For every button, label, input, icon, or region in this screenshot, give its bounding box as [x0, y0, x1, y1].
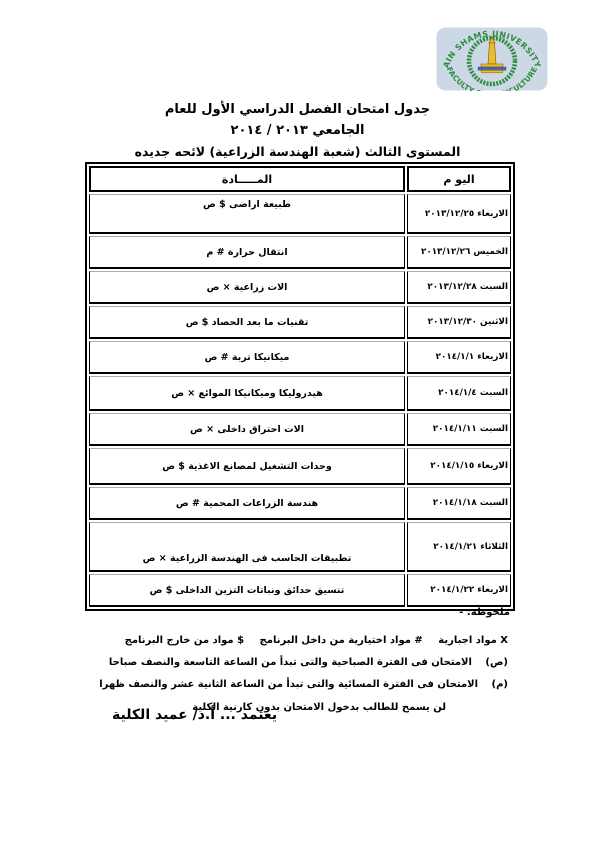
subject-column-header: المـــــادة — [89, 166, 405, 192]
subject-cell: ميكانيكا تربة # ص — [89, 341, 405, 374]
day-cell: الاربعاء ٢٠١٤/١/١٥ — [407, 448, 511, 485]
subject-cell: الات احتراق داخلى × ص — [89, 413, 405, 446]
day-cell: السبت ٢٠١٣/١٢/٢٨ — [407, 271, 511, 304]
morning-session-note: (ص) الامتحان فى الفترة الصباحية والتى تب… — [99, 652, 508, 674]
subject-cell: انتقال حرارة # م — [89, 236, 405, 269]
day-cell: السبت ٢٠١٤/١/١١ — [407, 413, 511, 446]
table-row: الثلاثاء ٢٠١٤/١/٢١ تطبيقات الحاسب فى اله… — [89, 522, 511, 572]
subject-cell: تطبيقات الحاسب فى الهندسة الزراعية × ص — [89, 522, 405, 572]
course-type-legend: X مواد اجبارية # مواد اختيارية من داخل ا… — [99, 630, 508, 652]
evening-marker: (م) — [492, 674, 508, 696]
table-row: الخميس ٢٠١٣/١٢/٢٦ انتقال حرارة # م — [89, 236, 511, 269]
table-row: السبت ٢٠١٤/١/١٨ هندسة الزراعات المحمية #… — [89, 487, 511, 520]
day-cell: الاثنين ٢٠١٣/١٢/٣٠ — [407, 306, 511, 339]
table-header-row: اليو م المـــــادة — [89, 166, 511, 192]
day-cell: السبت ٢٠١٤/١/١٨ — [407, 487, 511, 520]
subject-cell: وحدات التشغيل لمصانع الاغذية $ ص — [89, 448, 405, 485]
exam-table-body: الاربعاء ٢٠١٣/١٢/٢٥ طبيعة اراضى $ ص الخم… — [89, 194, 511, 607]
table-row: الاربعاء ٢٠١٤/١/١٥ وحدات التشغيل لمصانع … — [89, 448, 511, 485]
day-cell: الاربعاء ٢٠١٤/١/٢٢ — [407, 574, 511, 607]
subject-cell: تنسيق حدائق ونباتات التزين الداخلى $ ص — [89, 574, 405, 607]
document-page: AIN SHAMS UNIVERSITY FACULTY OF AGRICULT… — [0, 0, 595, 842]
title-line-3: المستوى الثالث (شعبة الهندسة الزراعية) ل… — [0, 141, 595, 162]
table-row: الاربعاء ٢٠١٤/١/٢٢ تنسيق حدائق ونباتات ا… — [89, 574, 511, 607]
day-cell: الخميس ٢٠١٣/١٢/٢٦ — [407, 236, 511, 269]
mandatory-courses-note: X مواد اجبارية — [438, 630, 508, 652]
morning-marker: (ص) — [485, 652, 508, 674]
morning-text: الامتحان فى الفترة الصباحية والتى تبدأ م… — [109, 657, 472, 668]
table-row: الاربعاء ٢٠١٤/١/١ ميكانيكا تربة # ص — [89, 341, 511, 374]
note-label: ملحوظة: - — [459, 607, 510, 618]
day-column-header: اليو م — [407, 166, 511, 192]
university-logo-image: AIN SHAMS UNIVERSITY FACULTY OF AGRICULT… — [436, 27, 548, 91]
table-row: السبت ٢٠١٤/١/١١ الات احتراق داخلى × ص — [89, 413, 511, 446]
subject-cell: الات زراعية × ص — [89, 271, 405, 304]
evening-session-note: (م) الامتحان فى الفترة المسائية والتى تب… — [99, 674, 508, 696]
notes-section: X مواد اجبارية # مواد اختيارية من داخل ا… — [99, 630, 508, 719]
table-row: السبت ٢٠١٤/١/٤ هيدروليكا وميكانيكا الموا… — [89, 376, 511, 411]
subject-cell: هندسة الزراعات المحمية # ص — [89, 487, 405, 520]
subject-cell: طبيعة اراضى $ ص — [89, 194, 405, 234]
exam-schedule-table: اليو م المـــــادة الاربعاء ٢٠١٣/١٢/٢٥ ط… — [85, 162, 515, 611]
elective-courses-note: # مواد اختيارية من داخل البرنامج — [260, 630, 423, 652]
subject-cell: هيدروليكا وميكانيكا الموائع × ص — [89, 376, 405, 411]
table-row: الاثنين ٢٠١٣/١٢/٣٠ تقنيات ما بعد الحصاد … — [89, 306, 511, 339]
day-cell: السبت ٢٠١٤/١/٤ — [407, 376, 511, 411]
day-cell: الثلاثاء ٢٠١٤/١/٢١ — [407, 522, 511, 572]
subject-cell: تقنيات ما بعد الحصاد $ ص — [89, 306, 405, 339]
day-cell: الاربعاء ٢٠١٤/١/١ — [407, 341, 511, 374]
day-cell: الاربعاء ٢٠١٣/١٢/٢٥ — [407, 194, 511, 234]
dean-signature: يعتمد ... أ.د/ عميد الكلية — [112, 707, 277, 723]
table-row: السبت ٢٠١٣/١٢/٢٨ الات زراعية × ص — [89, 271, 511, 304]
university-logo: AIN SHAMS UNIVERSITY FACULTY OF AGRICULT… — [436, 27, 548, 91]
title-line-1: جدول امتحان الفصل الدراسي الأول للعام — [0, 99, 595, 120]
title-line-2: الجامعي ٢٠١٣ / ٢٠١٤ — [0, 120, 595, 141]
evening-text: الامتحان فى الفترة المسائية والتى تبدأ م… — [99, 679, 478, 690]
document-title-block: جدول امتحان الفصل الدراسي الأول للعام ال… — [0, 99, 595, 162]
external-courses-note: $ مواد من خارج البرنامج — [125, 630, 244, 652]
table-row: الاربعاء ٢٠١٣/١٢/٢٥ طبيعة اراضى $ ص — [89, 194, 511, 234]
